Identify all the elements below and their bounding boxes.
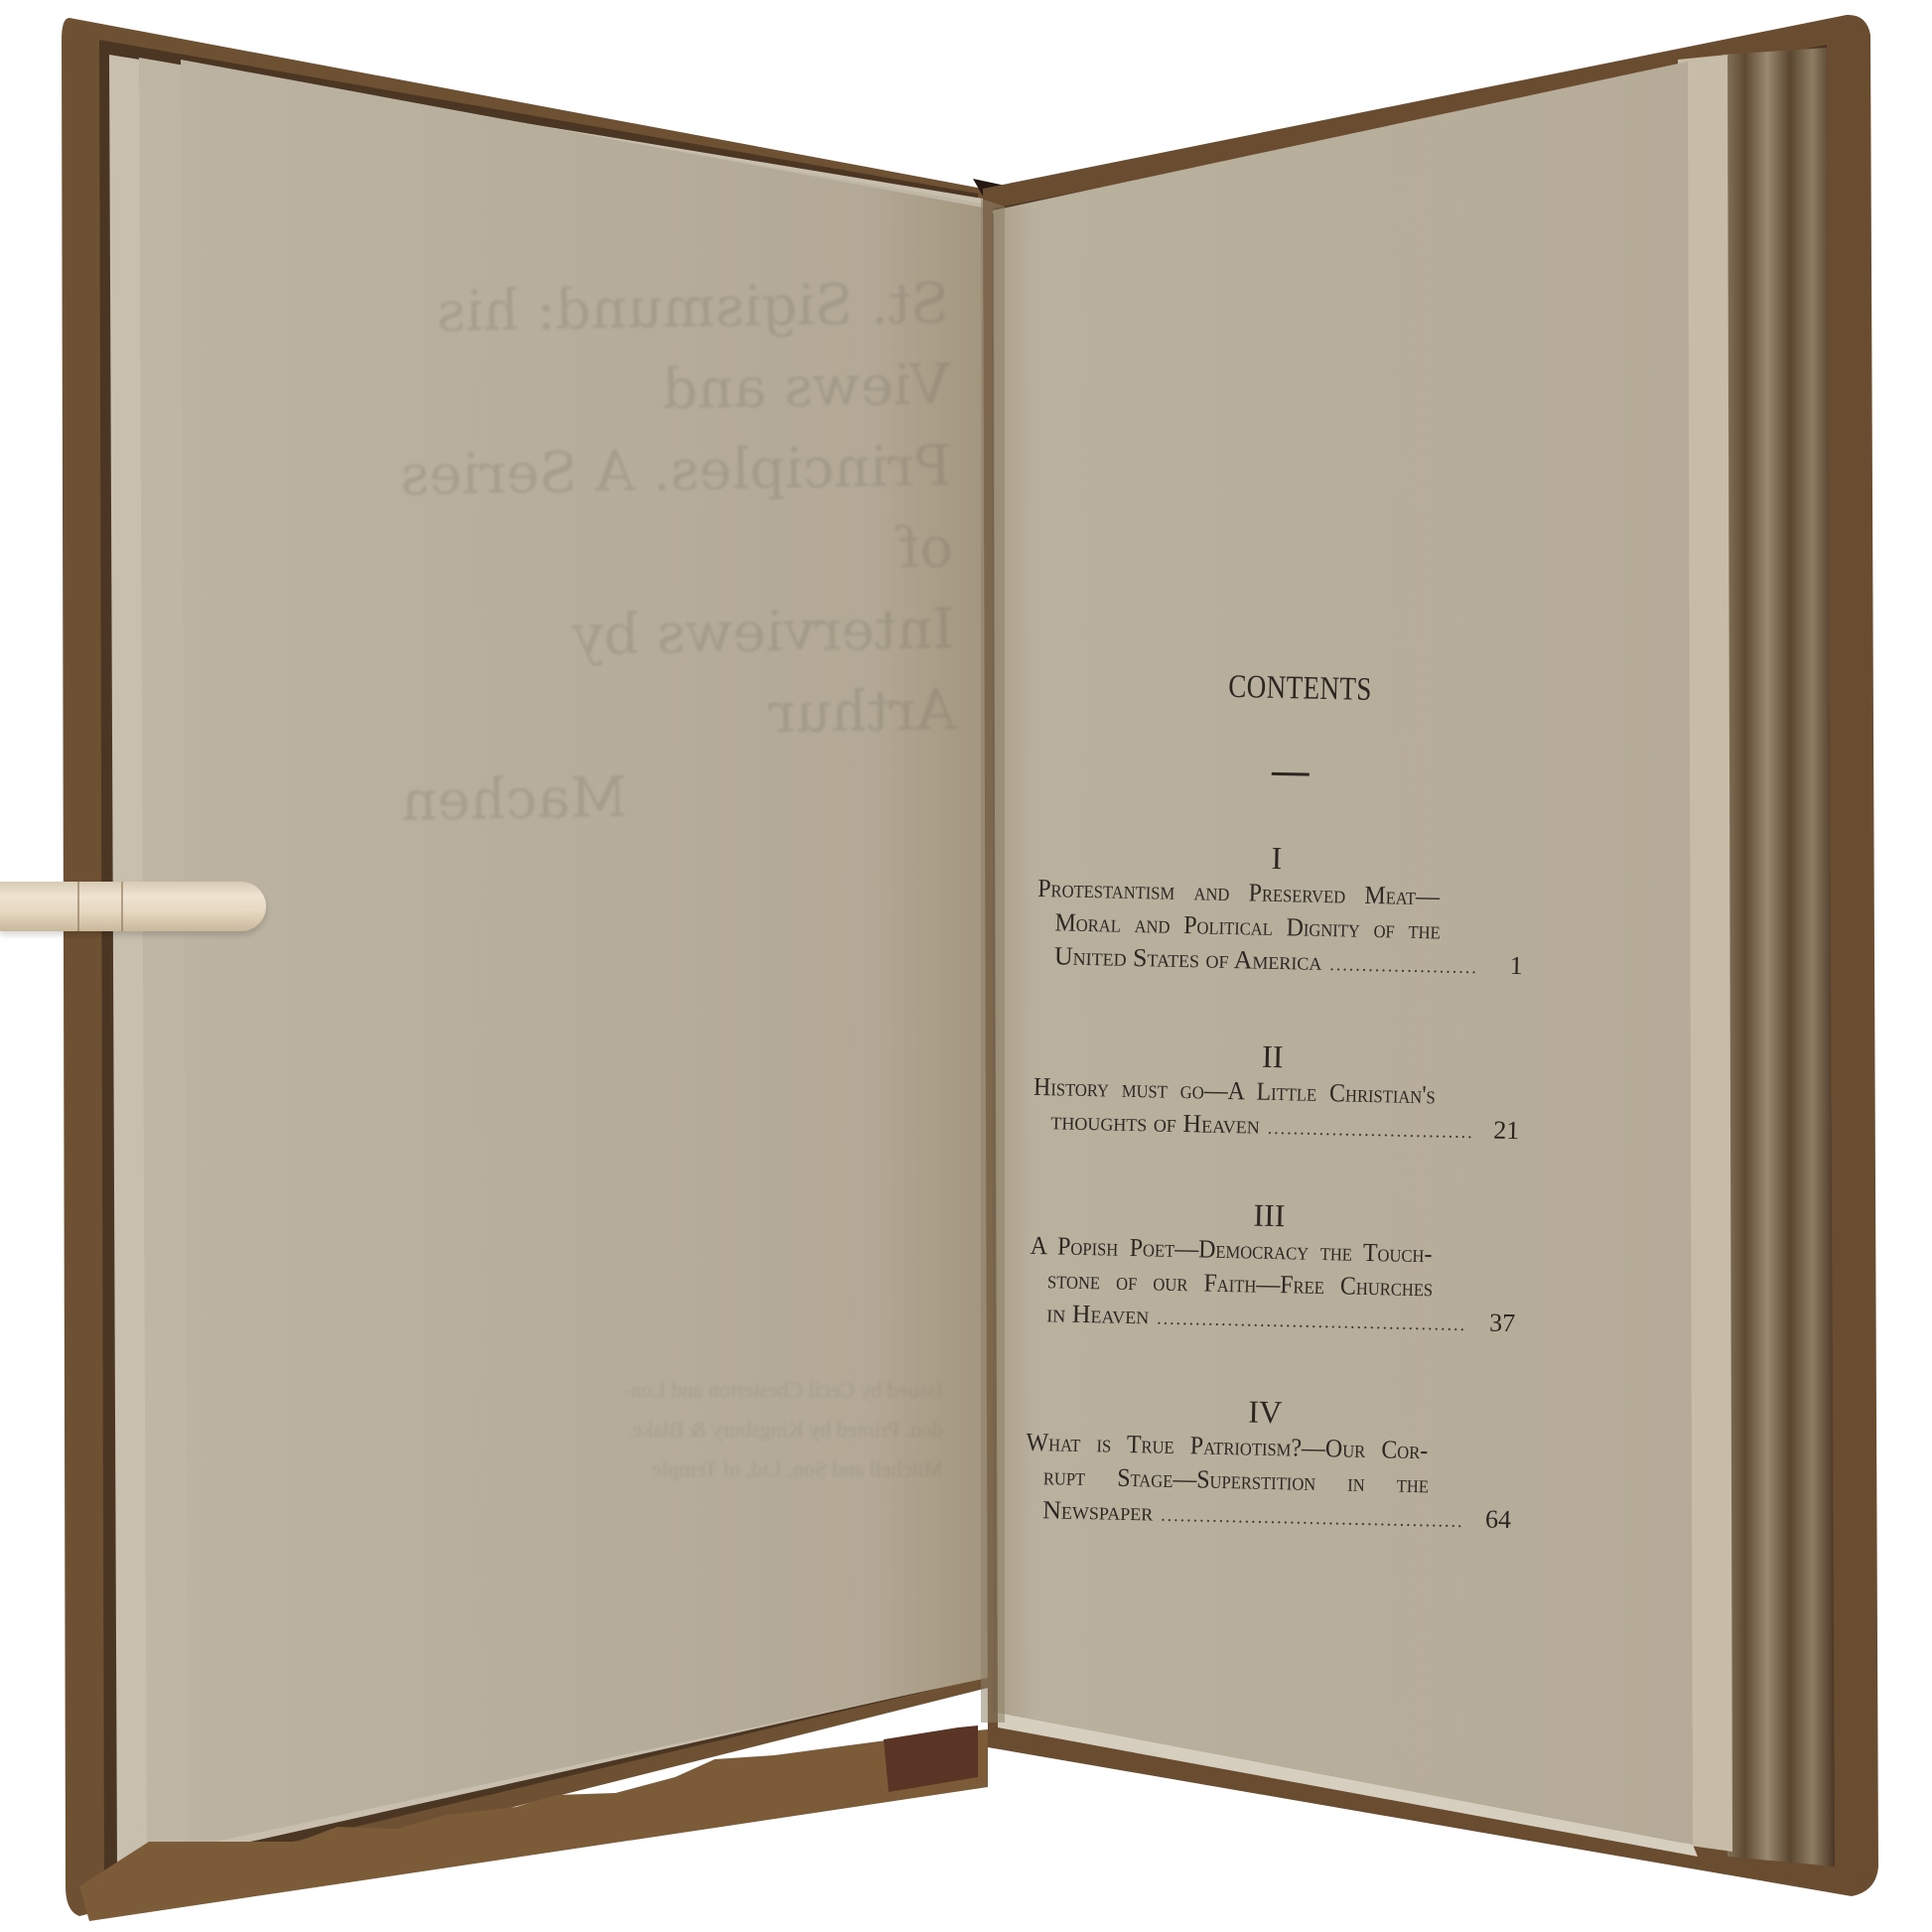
dot-leader: ........................................… (1329, 947, 1475, 984)
toc-entry-chapter-4[interactable]: IV What is True Patriotism?—Our Cor- rup… (1025, 1388, 1504, 1539)
bleed-line: Interviews by Arthur (398, 589, 957, 761)
toc-entry-chapter-3[interactable]: III A Popish Poet—Democracy the Touch- s… (1029, 1191, 1508, 1342)
bleed-line: don. Printed by Kingsbury & Blake, (387, 1410, 943, 1449)
bleed-line: Mitchell and Son, Ltd, of Temple (387, 1449, 943, 1489)
open-book-illustration (0, 0, 1932, 1932)
page-number: 37 (1475, 1306, 1516, 1340)
bleed-line: Principles. A Series of (395, 426, 954, 599)
entry-title-last-line: United States of America (1054, 939, 1322, 979)
bleed-through-imprint: Issued by Cecil Chesterton and Lon- don.… (387, 1370, 943, 1489)
page-number: 1 (1482, 948, 1523, 983)
entry-title-last-line: in Heaven (1046, 1297, 1150, 1332)
dot-leader: ........................................… (1157, 1302, 1468, 1342)
toc-entry-chapter-2[interactable]: II History must go—A Little Christian's … (1033, 1033, 1511, 1150)
page-number: 21 (1479, 1113, 1520, 1148)
entry-title-last-line: thoughts of Heaven (1050, 1104, 1260, 1142)
contents-heading: CONTENTS (1218, 669, 1382, 709)
page-number: 64 (1471, 1502, 1512, 1537)
bleed-line: St. Sigismund: his Views and (392, 263, 951, 436)
bleed-line: Machen (401, 752, 958, 843)
wooden-dowel (0, 882, 266, 931)
dot-leader: ........................................… (1161, 1498, 1464, 1538)
entry-title-last-line: Newspaper (1042, 1493, 1154, 1529)
bleed-through-text: St. Sigismund: his Views and Principles.… (392, 263, 958, 843)
bleed-line: Issued by Cecil Chesterton and Lon- (387, 1370, 943, 1410)
dot-leader: ........................................… (1267, 1111, 1471, 1149)
book-photo: St. Sigismund: his Views and Principles.… (0, 0, 1932, 1932)
dowel-groove (121, 882, 123, 931)
dowel-groove (77, 882, 79, 931)
toc-entry-chapter-1[interactable]: I Protestantism and Preserved Meat— Mora… (1035, 834, 1515, 985)
